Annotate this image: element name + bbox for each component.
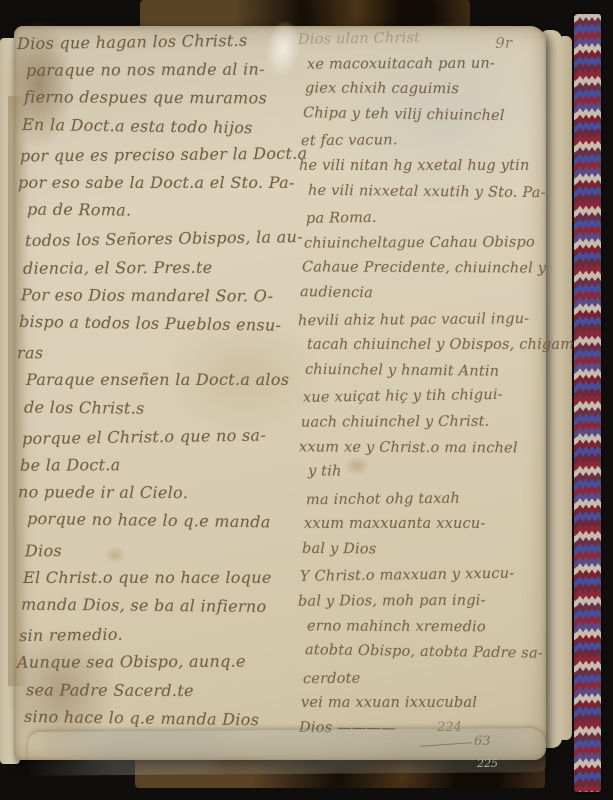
- manuscript-line: audiencia: [300, 280, 550, 309]
- manuscript-line: xxum maxxuanta xxucu-: [304, 512, 554, 538]
- manuscript-line: bal y Dios: [302, 537, 552, 565]
- manuscript-line: xue xuiçat hiç y tih chigui-: [303, 382, 553, 411]
- repair-tissue-strip: [28, 728, 546, 776]
- manuscript-line: manda Dios, se ba al infierno: [21, 591, 313, 622]
- manuscript-line: fierno despues que muramos: [24, 84, 316, 114]
- manuscript-page: 9r Dios que hagan los Christ.sparaque no…: [14, 26, 546, 760]
- manuscript-line: be la Doct.a: [20, 450, 312, 480]
- manuscript-line: cerdote: [303, 665, 553, 693]
- manuscript-line: por que es preciso saber la Doct.a: [20, 139, 312, 170]
- footer-number-pencil: 224: [437, 720, 462, 735]
- marbled-fore-edge: [574, 14, 601, 792]
- manuscript-line: porque el Christ.o que no sa-: [22, 421, 314, 453]
- manuscript-line: Dios ulan Christ: [298, 24, 548, 53]
- manuscript-line: xe macoxuitacah pan un-: [307, 51, 557, 78]
- manuscript-line: Dios: [25, 534, 317, 565]
- manuscript-line: he vili nixxetal xxutih y Sto. Pa-: [308, 178, 558, 206]
- manuscript-line: no puede ir al Cielo.: [18, 479, 310, 509]
- manuscript-line: y tih: [308, 459, 558, 488]
- manuscript-line: Aunque sea Obispo, aunq.e: [17, 648, 309, 678]
- manuscript-line: et fac vacun.: [301, 127, 551, 155]
- manuscript-line: uach chiuinchel y Christ.: [301, 409, 551, 436]
- manuscript-line: porque no hace lo q.e manda: [27, 505, 319, 537]
- manuscript-line: bispo a todos los Pueblos ensu-: [19, 308, 311, 340]
- manuscript-line: chiuinchel y hnamit Antin: [305, 357, 555, 385]
- footer-number-faint: 225: [477, 757, 498, 770]
- manuscript-line: erno mahinch xremedio: [307, 614, 557, 641]
- manuscript-line: sin remedio.: [19, 618, 311, 650]
- manuscript-line: ras: [17, 337, 309, 368]
- manuscript-line: Chipa y teh vilij chiuinchel: [303, 101, 553, 130]
- manuscript-line: Cahaue Precidente, chiuinchel y: [302, 256, 552, 283]
- manuscript-line: Por eso Dios mandarel Sor. O-: [21, 281, 313, 311]
- manuscript-line: bal y Dios, moh pan ingi-: [298, 588, 548, 615]
- manuscript-line: atobta Obispo, atobta Padre sa-: [305, 638, 555, 667]
- manuscript-line: xxum xe y Christ.o ma inchel: [299, 435, 549, 462]
- manuscript-line: por eso sabe la Doct.a el Sto. Pa-: [18, 169, 310, 197]
- manuscript-line: Paraque enseñen la Doct.a alos: [26, 366, 318, 394]
- manuscript-line: sea Padre Sacerd.te: [26, 676, 318, 706]
- manuscript-line: Y Christ.o maxxuan y xxucu-: [300, 562, 550, 591]
- right-text-column-indigenous: Dios ulan Christxe macoxuitacah pan un-g…: [303, 26, 553, 743]
- manuscript-line: giex chixih caguimis: [305, 77, 555, 104]
- manuscript-line: El Christ.o que no hace loque: [23, 564, 315, 592]
- manuscript-line: diencia, el Sor. Pres.te: [23, 253, 315, 283]
- manuscript-line: de los Christ.s: [24, 393, 316, 424]
- page-stack-edge: [558, 36, 572, 740]
- manuscript-line: pa de Roma.: [27, 196, 319, 227]
- manuscript-line: todos los Señores Obispos, la au-: [25, 223, 317, 255]
- manuscript-line: ma inchot ohg taxah: [306, 485, 556, 513]
- manuscript-line: hevili ahiz hut pac vacuil ingu-: [298, 306, 548, 334]
- manuscript-line: En la Doct.a esta todo hijos: [22, 110, 314, 142]
- manuscript-line: he vili nitan hg xxetal hug ytin: [299, 154, 549, 180]
- manuscript-line: tacah chiuinchel y Obispos, chigam: [307, 333, 557, 359]
- manuscript-line: pa Roma.: [306, 203, 556, 232]
- footer-number-stamp: 63: [474, 734, 491, 749]
- manuscript-line: vei ma xxuan ixxucubal: [301, 691, 551, 717]
- manuscript-line: chiuincheltague Cahau Obispo: [304, 230, 554, 257]
- left-text-column-spanish: Dios que hagan los Christ.sparaque no no…: [22, 28, 314, 733]
- photograph-background: 9r Dios que hagan los Christ.sparaque no…: [0, 0, 613, 800]
